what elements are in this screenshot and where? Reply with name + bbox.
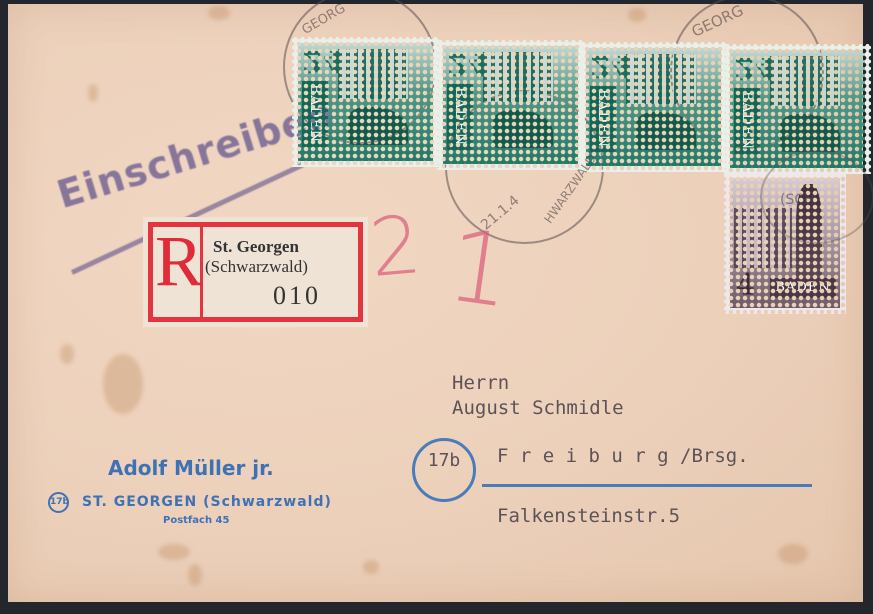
recipient-name: August Schmidle: [452, 397, 624, 419]
city-underline: [482, 484, 812, 487]
stamp-country: BADEN: [590, 86, 616, 152]
stamp-value: 4: [736, 268, 755, 303]
registration-letter: R: [155, 225, 203, 297]
paper-stain: [628, 8, 646, 22]
paper-stain: [88, 84, 98, 102]
stamp-value: 24: [734, 50, 776, 85]
recipient-salutation: Herrn: [452, 372, 509, 394]
registration-number: 010: [273, 281, 321, 311]
statue-illustration: [780, 114, 840, 152]
registration-city: St. Georgen: [213, 237, 299, 257]
sender-city: ST. GEORGEN (Schwarzwald): [82, 494, 332, 510]
paper-stain: [158, 544, 190, 560]
sender-postbox: Postfach 45: [163, 515, 229, 526]
statue-illustration: [493, 110, 553, 148]
stamp-country: BADEN: [447, 84, 473, 150]
stamp-24pf-green: 24 BADEN: [292, 37, 439, 167]
paper-stain: [103, 354, 143, 414]
paper-stain: [778, 544, 808, 564]
stamp-value: 24: [447, 46, 489, 81]
registration-region: (Schwarzwald): [205, 257, 308, 277]
paper-stain: [363, 560, 379, 574]
castle-illustration: [338, 49, 408, 99]
paper-stain: [60, 344, 74, 364]
postmark-text: (SCH: [780, 192, 815, 208]
paper-stain: [188, 564, 202, 586]
stamp-24pf-green: 24 BADEN: [437, 40, 584, 170]
sender-name: Adolf Müller jr.: [108, 456, 274, 480]
postmark: [760, 150, 873, 244]
castle-illustration: [770, 56, 840, 106]
sender-zone-badge: 17b: [48, 492, 69, 513]
stamp-country: BADEN: [770, 278, 836, 298]
pencil-mark: 2: [366, 198, 425, 295]
recipient-city: F r e i b u r g /Brsg.: [497, 445, 749, 467]
stamp-24pf-green: 24 BADEN: [580, 42, 727, 172]
registration-label: R St. Georgen (Schwarzwald) 010: [143, 217, 368, 327]
stamp-country: BADEN: [734, 88, 760, 154]
castle-illustration: [483, 52, 553, 102]
statue-illustration: [636, 112, 696, 150]
stamp-country: BADEN: [302, 81, 328, 147]
statue-illustration: [348, 107, 408, 145]
castle-illustration: [626, 54, 696, 104]
recipient-street: Falkensteinstr.5: [497, 505, 680, 527]
paper-stain: [208, 6, 230, 20]
recipient-zone-circle: 17b: [412, 438, 476, 502]
stamp-value: 24: [302, 43, 344, 78]
stamp-value: 24: [590, 48, 632, 83]
